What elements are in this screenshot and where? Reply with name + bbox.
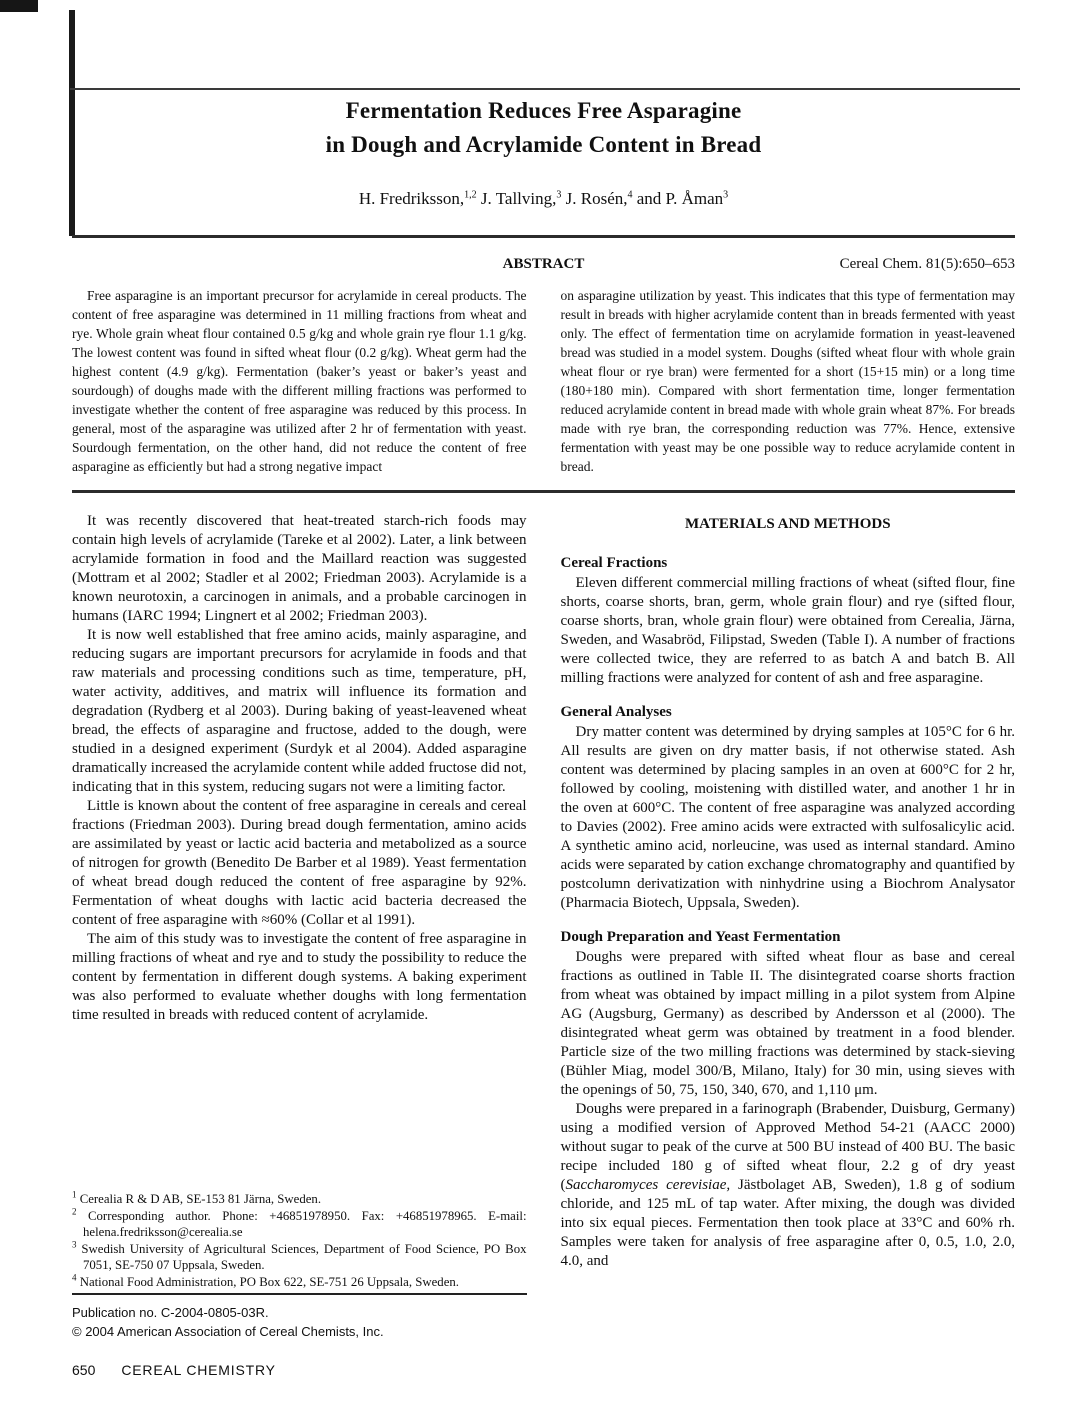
author-name: and P. Åman3	[633, 189, 729, 208]
subsection-heading-general-analyses: General Analyses	[561, 703, 1016, 722]
page-number: 650	[72, 1362, 95, 1378]
body-paragraph: The aim of this study was to investigate…	[72, 930, 527, 1025]
footnote-text: Corresponding author. Phone: +4685197895…	[77, 1209, 527, 1240]
abstract-column-left: Free asparagine is an important precurso…	[72, 286, 527, 476]
body-paragraph: It is now well established that free ami…	[72, 626, 527, 797]
divider-rule-abstract-bottom	[72, 490, 1015, 493]
body-columns: It was recently discovered that heat-tre…	[72, 512, 1015, 1341]
footnote-divider-rule	[72, 1293, 527, 1295]
footnote-text: Cerealia R & D AB, SE-153 81 Järna, Swed…	[77, 1192, 322, 1206]
subsection-heading-dough-preparation: Dough Preparation and Yeast Fermentation	[561, 928, 1016, 947]
author-name: J. Rosén,4	[561, 189, 632, 208]
body-column-right: MATERIALS AND METHODS Cereal Fractions E…	[561, 512, 1016, 1341]
footnote: 4 National Food Administration, PO Box 6…	[72, 1274, 527, 1291]
authors-line: H. Fredriksson,1,2 J. Tallving,3 J. Rosé…	[72, 188, 1015, 210]
footnote: 2 Corresponding author. Phone: +46851978…	[72, 1208, 527, 1241]
paper-title: Fermentation Reduces Free Asparagine in …	[72, 94, 1015, 162]
author-name: H. Fredriksson,1,2	[359, 189, 477, 208]
footnote: 3 Swedish University of Agricultural Sci…	[72, 1241, 527, 1274]
body-paragraph: Doughs were prepared with sifted wheat f…	[561, 948, 1016, 1100]
page-content: Fermentation Reduces Free Asparagine in …	[72, 0, 1015, 1409]
author-affiliation-sup: 3	[723, 189, 728, 200]
subsection-heading-cereal-fractions: Cereal Fractions	[561, 554, 1016, 573]
section-heading-materials-and-methods: MATERIALS AND METHODS	[561, 515, 1016, 534]
scan-artifact-corner	[0, 0, 38, 12]
abstract-header: ABSTRACT Cereal Chem. 81(5):650–653	[72, 255, 1015, 273]
footnote: 1 Cerealia R & D AB, SE-153 81 Järna, Sw…	[72, 1191, 527, 1208]
column-spacer	[72, 1025, 527, 1191]
copyright-line: © 2004 American Association of Cereal Ch…	[72, 1323, 527, 1342]
page-footer: 650CEREAL CHEMISTRY	[72, 1361, 1015, 1379]
author-affiliation-sup: 1,2	[464, 189, 477, 200]
body-paragraph: Dry matter content was determined by dry…	[561, 723, 1016, 913]
footnote-text: National Food Administration, PO Box 622…	[77, 1275, 459, 1289]
title-block: Fermentation Reduces Free Asparagine in …	[72, 94, 1015, 210]
divider-rule-top	[72, 235, 1015, 238]
abstract-column-right: on asparagine utilization by yeast. This…	[561, 286, 1016, 476]
species-name-italic: Saccharomyces cerevisiae,	[566, 1177, 731, 1193]
journal-name: CEREAL CHEMISTRY	[121, 1362, 275, 1378]
publication-number: Publication no. C-2004-0805-03R.	[72, 1304, 527, 1323]
paper-page: Fermentation Reduces Free Asparagine in …	[0, 0, 1087, 1409]
publication-block: Publication no. C-2004-0805-03R. © 2004 …	[72, 1304, 527, 1341]
footnote-text: Swedish University of Agricultural Scien…	[77, 1242, 527, 1273]
body-paragraph: Eleven different commercial milling frac…	[561, 574, 1016, 688]
paper-title-line1: Fermentation Reduces Free Asparagine	[72, 94, 1015, 128]
journal-reference: Cereal Chem. 81(5):650–653	[840, 255, 1015, 273]
author-name: J. Tallving,3	[477, 189, 562, 208]
body-paragraph: Doughs were prepared in a farinograph (B…	[561, 1100, 1016, 1271]
body-column-left: It was recently discovered that heat-tre…	[72, 512, 527, 1341]
paper-title-line2: in Dough and Acrylamide Content in Bread	[72, 128, 1015, 162]
body-paragraph: It was recently discovered that heat-tre…	[72, 512, 527, 626]
abstract-text: Free asparagine is an important precurso…	[72, 286, 1015, 476]
body-paragraph: Little is known about the content of fre…	[72, 797, 527, 930]
footnotes-block: 1 Cerealia R & D AB, SE-153 81 Järna, Sw…	[72, 1191, 527, 1290]
